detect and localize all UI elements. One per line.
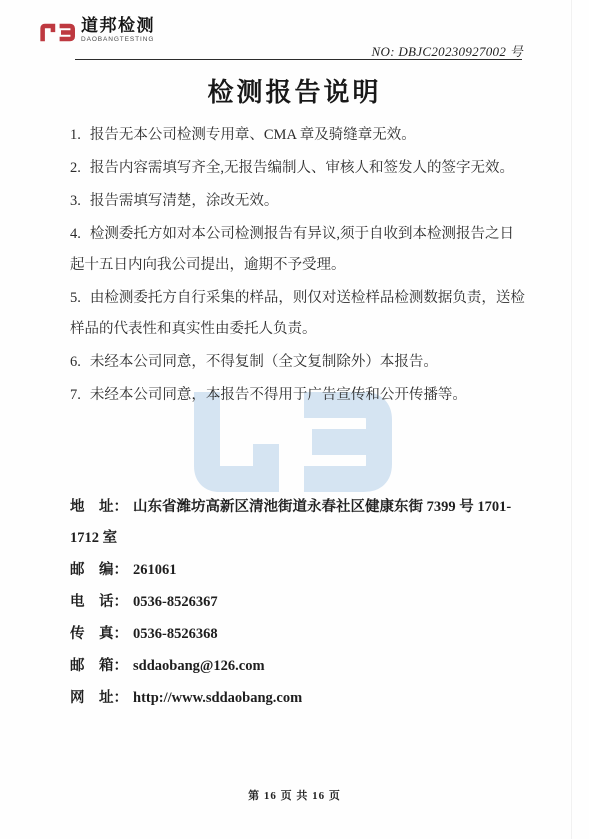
note-number: 5.	[70, 290, 81, 306]
note-text: 由检测委托方自行采集的样品，则仅对送检样品检测数据负责，送检样品的代表性和真实性…	[70, 290, 525, 337]
note-text: 报告无本公司检测专用章、CMA 章及骑缝章无效。	[90, 127, 416, 143]
contact-row-fax: 传 真：0536-8526368	[70, 619, 526, 650]
fax-value: 0536-8526368	[133, 626, 218, 642]
logo-text: 道邦检测 DAOBANGTESTING	[81, 17, 155, 44]
fax-label: 传 真：	[70, 626, 128, 642]
contact-row-phone: 电 话：0536-8526367	[70, 587, 526, 618]
note-text: 未经本公司同意，不得复制（全文复制除外）本报告。	[90, 354, 438, 370]
phone-value: 0536-8526367	[133, 594, 218, 610]
contact-row-postcode: 邮 编：261061	[70, 555, 526, 586]
notes-list: 1.报告无本公司检测专用章、CMA 章及骑缝章无效。 2.报告内容需填写齐全,无…	[70, 120, 526, 413]
note-text: 检测委托方如对本公司检测报告有异议,须于自收到本检测报告之日起十五日内向我公司提…	[70, 226, 514, 273]
note-item: 7.未经本公司同意，本报告不得用于广告宣传和公开传播等。	[70, 380, 526, 411]
logo-name-cn: 道邦检测	[81, 17, 155, 34]
note-text: 报告需填写清楚，涂改无效。	[90, 193, 279, 209]
note-number: 4.	[70, 226, 81, 242]
note-item: 6.未经本公司同意，不得复制（全文复制除外）本报告。	[70, 347, 526, 378]
note-number: 1.	[70, 127, 81, 143]
website-value: http://www.sddaobang.com	[133, 690, 302, 706]
note-item: 2.报告内容需填写齐全,无报告编制人、审核人和签发人的签字无效。	[70, 153, 526, 184]
note-item: 4.检测委托方如对本公司检测报告有异议,须于自收到本检测报告之日起十五日内向我公…	[70, 219, 526, 281]
note-number: 3.	[70, 193, 81, 209]
page-number: 第 16 页 共 16 页	[0, 787, 589, 803]
note-number: 7.	[70, 387, 81, 403]
phone-label: 电 话：	[70, 594, 128, 610]
website-label: 网 址：	[70, 690, 128, 706]
logo-name-en: DAOBANGTESTING	[81, 37, 155, 44]
note-text: 未经本公司同意，本报告不得用于广告宣传和公开传播等。	[90, 387, 467, 403]
contact-row-website: 网 址：http://www.sddaobang.com	[70, 683, 526, 714]
postcode-label: 邮 编：	[70, 562, 128, 578]
report-page: 道邦检测 DAOBANGTESTING NO: DBJC20230927002 …	[0, 0, 589, 839]
note-item: 1.报告无本公司检测专用章、CMA 章及骑缝章无效。	[70, 120, 526, 151]
postcode-value: 261061	[133, 562, 177, 578]
note-text: 报告内容需填写齐全,无报告编制人、审核人和签发人的签字无效。	[90, 160, 514, 176]
daobang-logo-icon	[40, 19, 75, 46]
report-number: NO: DBJC20230927002 号	[372, 41, 523, 60]
note-item: 5.由检测委托方自行采集的样品，则仅对送检样品检测数据负责，送检样品的代表性和真…	[70, 283, 526, 345]
contact-info: 地 址：山东省潍坊高新区清池街道永春社区健康东街 7399 号 1701-171…	[70, 492, 526, 715]
scan-artifact-line	[571, 0, 572, 839]
company-logo: 道邦检测 DAOBANGTESTING	[40, 17, 155, 46]
address-value: 山东省潍坊高新区清池街道永春社区健康东街 7399 号 1701-1712 室	[70, 499, 511, 546]
page-title: 检测报告说明	[0, 72, 589, 109]
note-number: 6.	[70, 354, 81, 370]
email-value: sddaobang@126.com	[133, 658, 265, 674]
email-label: 邮 箱：	[70, 658, 128, 674]
contact-row-address: 地 址：山东省潍坊高新区清池街道永春社区健康东街 7399 号 1701-171…	[70, 492, 526, 554]
contact-row-email: 邮 箱：sddaobang@126.com	[70, 651, 526, 682]
note-number: 2.	[70, 160, 81, 176]
header-divider	[75, 59, 522, 60]
note-item: 3.报告需填写清楚，涂改无效。	[70, 186, 526, 217]
address-label: 地 址：	[70, 499, 128, 515]
